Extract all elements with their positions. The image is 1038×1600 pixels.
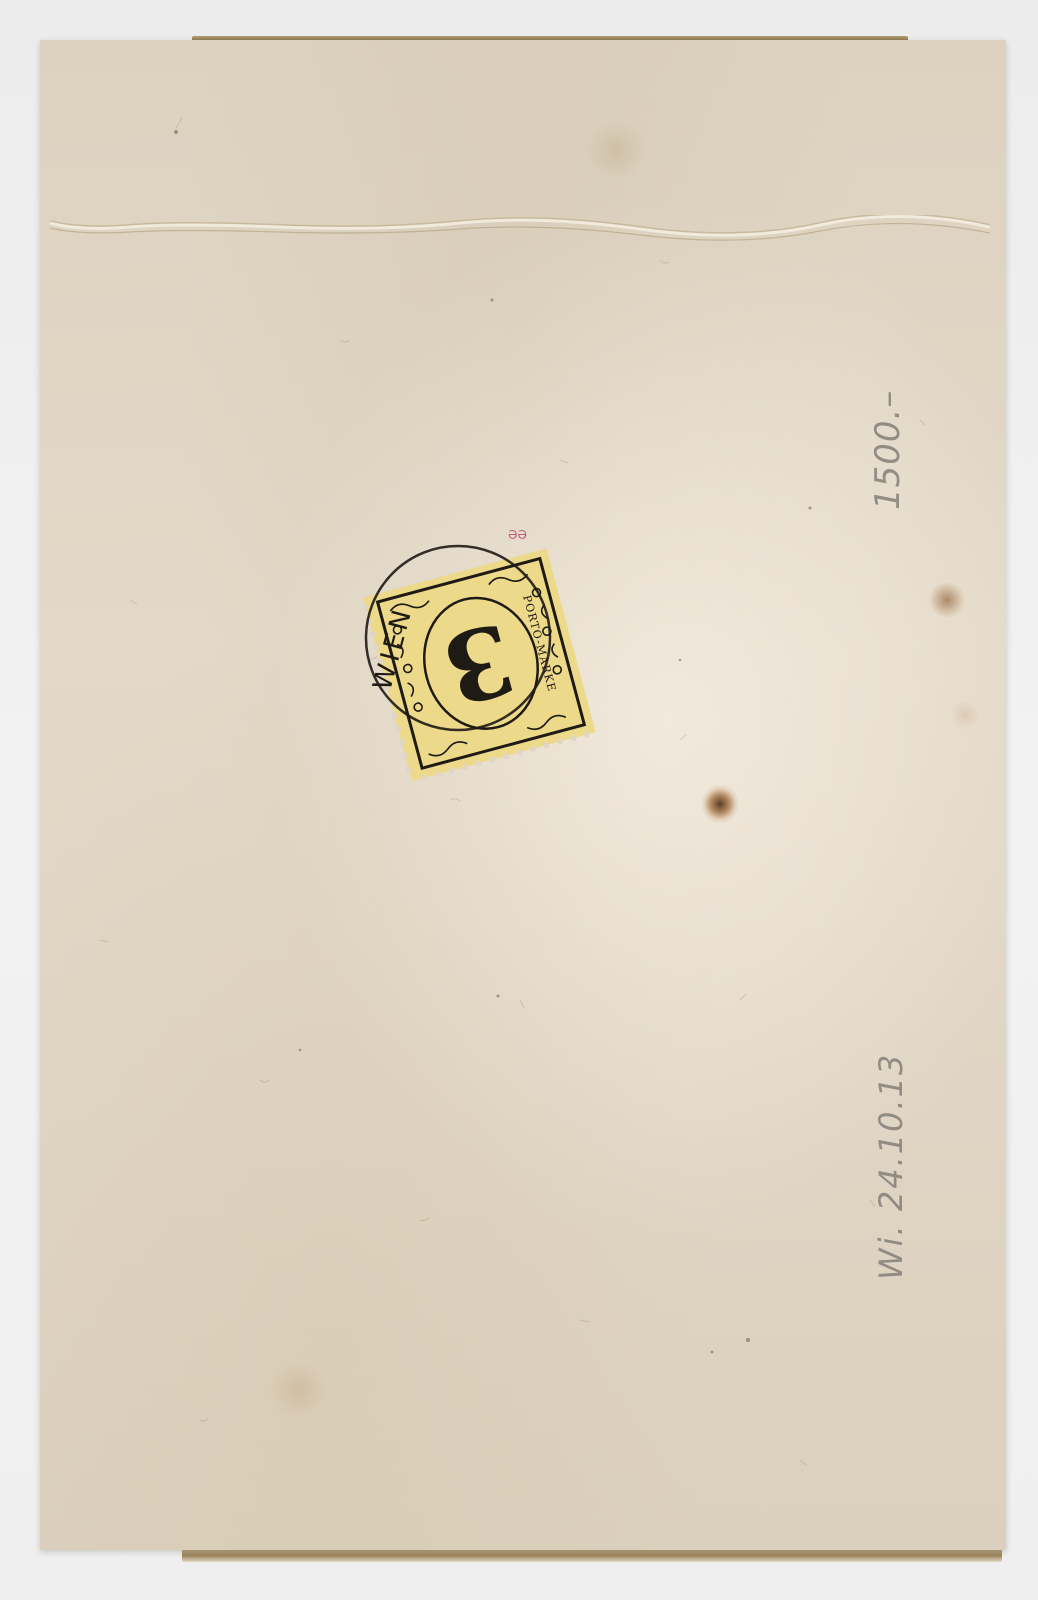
stain-spot [950,700,980,730]
postage-stamp: 3 PORTO-MARKE WIEN [328,530,598,800]
stain-spot [928,582,966,618]
stain-spot [268,1360,328,1420]
back-sheet-bottom-edge [182,1548,1002,1562]
pencil-date-annotation: Wi. 24.10.13 [872,1053,910,1280]
fold-crease [40,215,990,243]
burn-spot [702,782,738,826]
stain-spot [586,120,646,180]
pencil-price-annotation: 1500.– [868,390,908,510]
